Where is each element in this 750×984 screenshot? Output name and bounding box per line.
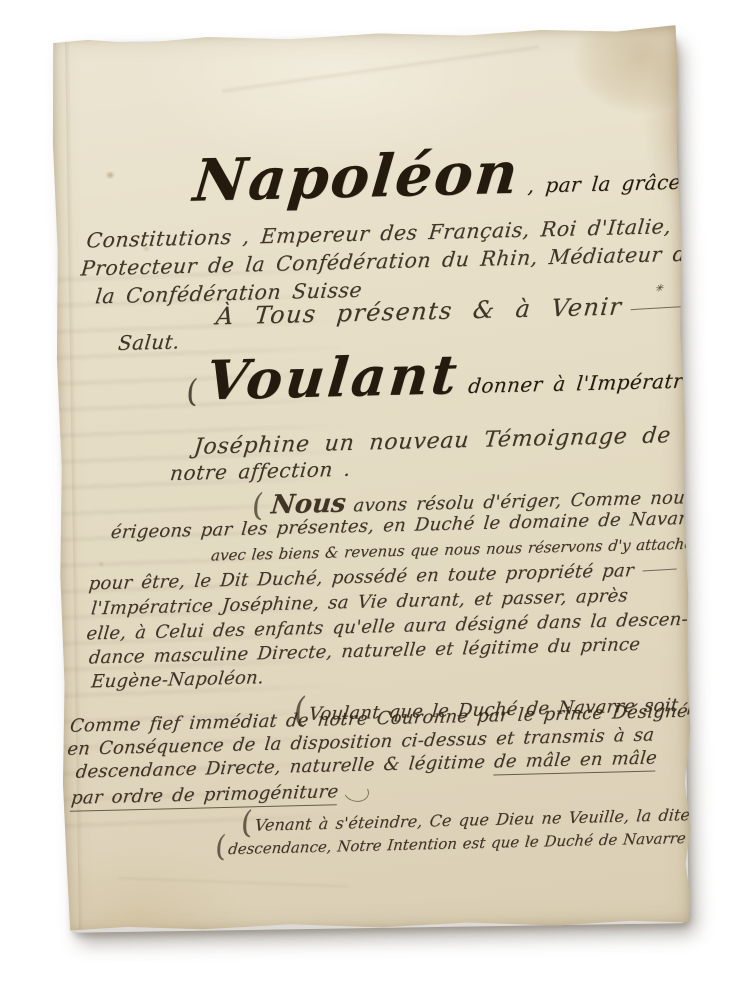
address-tail-stroke — [631, 306, 683, 310]
heading-line-napoleon: Napoléon, par la grâce de Dieu et les — [191, 135, 694, 212]
line-end-stroke — [643, 568, 677, 571]
napoleon-word: Napoléon — [190, 139, 522, 215]
salutation-line: Salut. — [117, 329, 181, 355]
napoleon-suffix: , par la grâce de Dieu et les — [527, 166, 694, 198]
top-wrinkle — [219, 26, 542, 112]
bottom-wrinkle — [118, 863, 349, 901]
preamble-line-3: notre affection . — [169, 457, 352, 485]
manuscript-page: Napoléon, par la grâce de Dieu et les Co… — [50, 25, 694, 937]
margin-mark: ✳ — [654, 283, 663, 294]
paragraph-1-line-8: Eugène-Napoléon. — [90, 667, 265, 692]
underlined-phrase-male: de mâle en mâle — [493, 747, 658, 775]
photo-background: Napoléon, par la grâce de Dieu et les Co… — [0, 0, 750, 984]
preamble-line-voulant: Voulantdonner à l'Impératrice — [184, 340, 694, 410]
voulant-word: Voulant — [203, 342, 462, 412]
voulant-suffix: donner à l'Impératrice — [467, 368, 694, 398]
